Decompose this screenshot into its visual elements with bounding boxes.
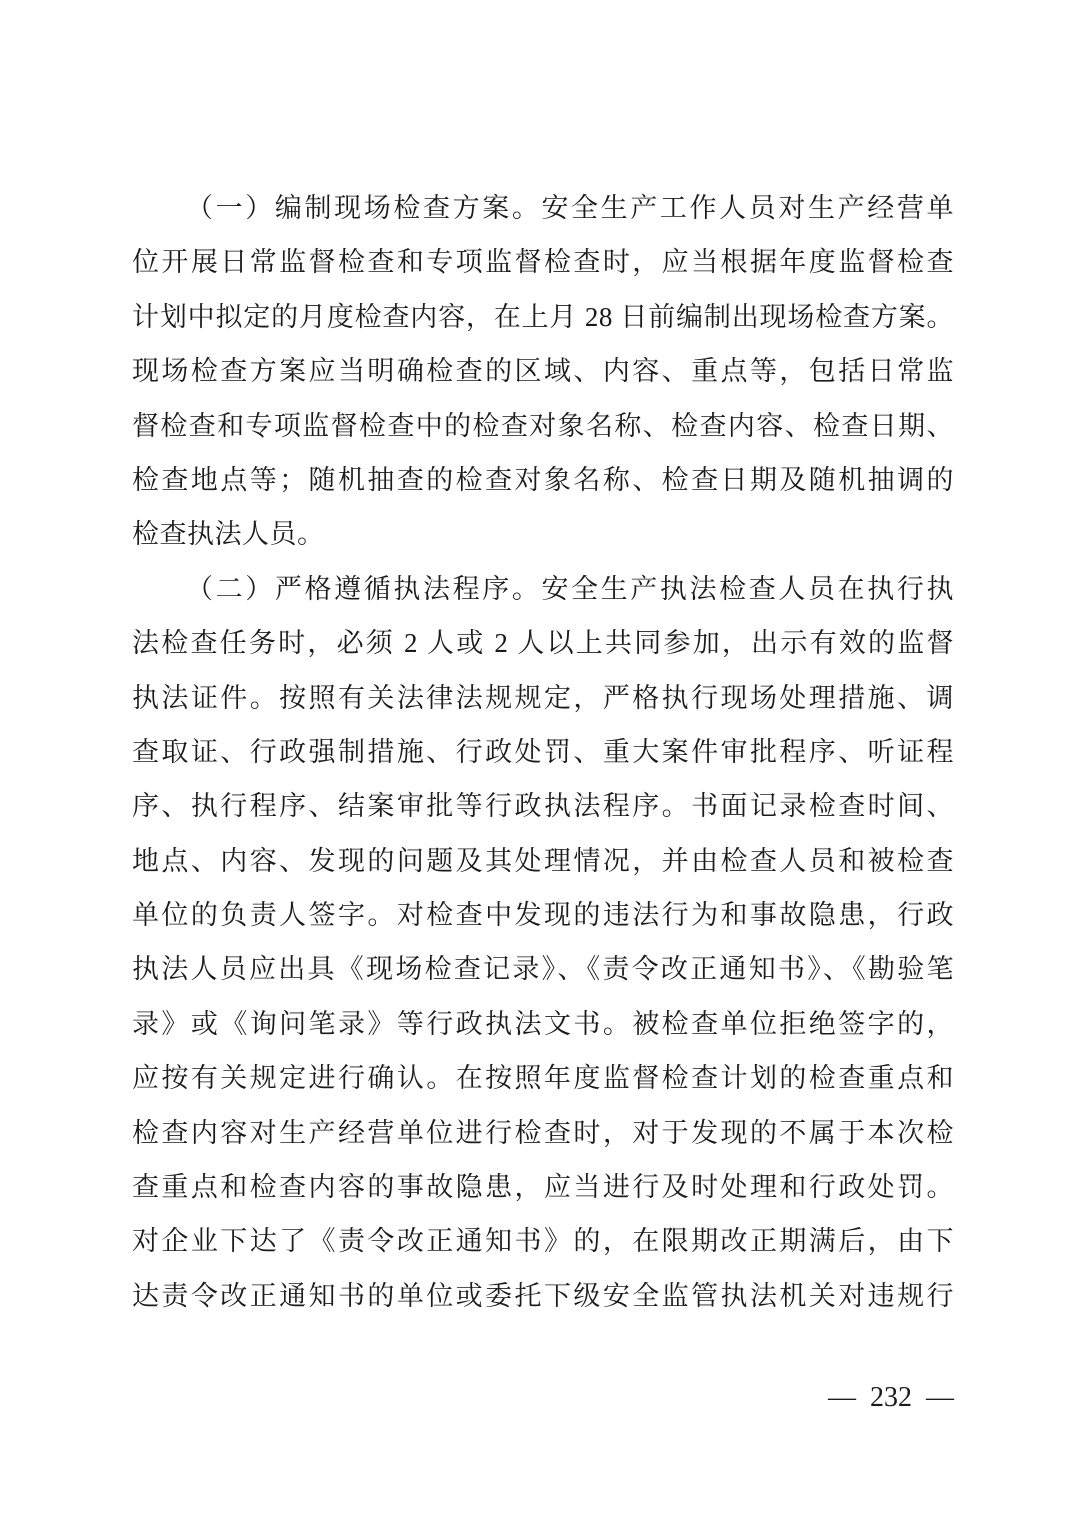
text-line: 法检查任务时，必须 2 人或 2 人以上共同参加，出示有效的监督 (132, 616, 954, 670)
text-line: 执法证件。按照有关法律法规规定，严格执行现场处理措施、调 (132, 671, 954, 725)
text-line: 序、执行程序、结案审批等行政执法程序。书面记录检查时间、 (132, 779, 954, 833)
text-line: 检查内容对生产经营单位进行检查时，对于发现的不属于本次检 (132, 1106, 954, 1160)
text-line: 检查执法人员。 (132, 507, 954, 561)
text-line: 查取证、行政强制措施、行政处罚、重大案件审批程序、听证程 (132, 725, 954, 779)
page-number: — 232 — (828, 1383, 954, 1413)
text-line: （一）编制现场检查方案。安全生产工作人员对生产经营单 (132, 181, 954, 235)
text-line: 查重点和检查内容的事故隐患，应当进行及时处理和行政处罚。 (132, 1160, 954, 1214)
text-line: 执法人员应出具《现场检查记录》、《责令改正通知书》、《勘验笔 (132, 942, 954, 996)
text-line: 计划中拟定的月度检查内容，在上月 28 日前编制出现场检查方案。 (132, 290, 954, 344)
paragraph-2: （二）严格遵循执法程序。安全生产执法检查人员在执行执法检查任务时，必须 2 人或… (132, 562, 954, 1323)
text-line: 达责令改正通知书的单位或委托下级安全监管执法机关对违规行 (132, 1269, 954, 1323)
text-line: 督检查和专项监督检查中的检查对象名称、检查内容、检查日期、 (132, 399, 954, 453)
text-line: 录》或《询问笔录》等行政执法文书。被检查单位拒绝签字的， (132, 997, 954, 1051)
paragraph-1: （一）编制现场检查方案。安全生产工作人员对生产经营单位开展日常监督检查和专项监督… (132, 181, 954, 562)
text-line: （二）严格遵循执法程序。安全生产执法检查人员在执行执 (132, 562, 954, 616)
text-line: 位开展日常监督检查和专项监督检查时，应当根据年度监督检查 (132, 235, 954, 289)
text-line: 对企业下达了《责令改正通知书》的，在限期改正期满后，由下 (132, 1214, 954, 1268)
text-line: 单位的负责人签字。对检查中发现的违法行为和事故隐患，行政 (132, 888, 954, 942)
document-page: （一）编制现场检查方案。安全生产工作人员对生产经营单位开展日常监督检查和专项监督… (0, 0, 1074, 1520)
text-line: 现场检查方案应当明确检查的区域、内容、重点等，包括日常监 (132, 344, 954, 398)
text-line: 检查地点等；随机抽查的检查对象名称、检查日期及随机抽调的 (132, 453, 954, 507)
document-body: （一）编制现场检查方案。安全生产工作人员对生产经营单位开展日常监督检查和专项监督… (132, 181, 954, 1323)
text-line: 应按有关规定进行确认。在按照年度监督检查计划的检查重点和 (132, 1051, 954, 1105)
text-line: 地点、内容、发现的问题及其处理情况，并由检查人员和被检查 (132, 834, 954, 888)
